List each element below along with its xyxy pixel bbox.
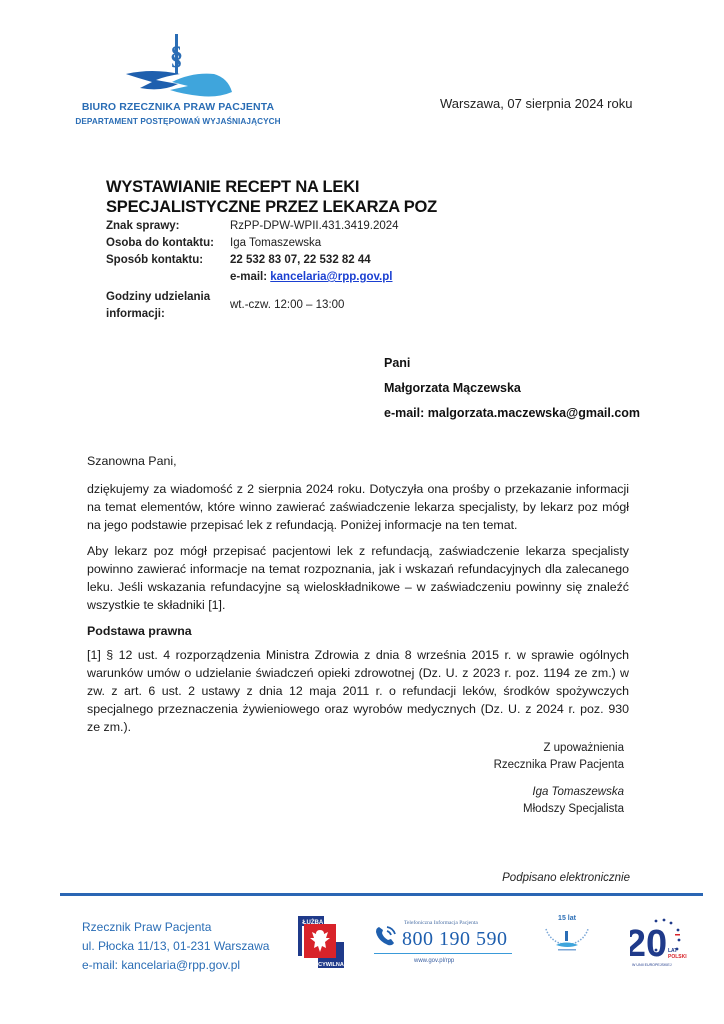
contact-method-row: Sposób kontaktu: 22 532 83 07, 22 532 82… bbox=[106, 252, 399, 286]
hours-label-line-1: Godziny udzielania bbox=[106, 289, 230, 306]
case-number-label: Znak sprawy: bbox=[106, 218, 230, 235]
hours-value: wt.-czw. 12:00 – 13:00 bbox=[230, 289, 344, 323]
civil-service-eagle-icon: SŁUŻBA CYWILNA bbox=[296, 916, 346, 968]
footer-divider bbox=[60, 893, 703, 896]
footer-street: ul. Płocka 11/13, 01-231 Warszawa bbox=[82, 937, 269, 956]
paragraph-hands-logo-icon: § bbox=[122, 32, 234, 100]
org-name: BIURO RZECZNIKA PRAW PACJENTA bbox=[60, 101, 296, 113]
recipient-email: e-mail: malgorzata.maczewska@gmail.com bbox=[384, 406, 640, 431]
signature-block: Z upoważnienia Rzecznika Praw Pacjenta I… bbox=[440, 740, 624, 818]
case-number-value: RzPP-DPW-WPII.431.3419.2024 bbox=[230, 218, 399, 235]
hours-label: Godziny udzielania informacji: bbox=[106, 289, 230, 323]
eu-20-years-icon: 20 LAT POLSKI W UNII EUROPEJSKIEJ bbox=[630, 916, 690, 972]
contact-phones: 22 532 83 07, 22 532 82 44 bbox=[230, 252, 392, 269]
recipient-block: Pani Małgorzata Mączewska e-mail: malgor… bbox=[384, 356, 640, 431]
letter-subject: WYSTAWIANIE RECEPT NA LEKI SPECJALISTYCZ… bbox=[106, 177, 437, 217]
contact-email: e-mail: kancelaria@rpp.gov.pl bbox=[230, 269, 392, 286]
footer-org: Rzecznik Praw Pacjenta bbox=[82, 918, 269, 937]
anniversary-15-text: 15 lat bbox=[540, 915, 594, 922]
org-logo: § BIURO RZECZNIKA PRAW PACJENTA DEPARTAM… bbox=[60, 32, 300, 132]
contact-person-label: Osoba do kontaktu: bbox=[106, 235, 230, 252]
letter-body: Szanowna Pani, dziękujemy za wiadomość z… bbox=[87, 452, 629, 744]
hotline-number: 800 190 590 bbox=[402, 928, 508, 951]
body-paragraph-1: dziękujemy za wiadomość z 2 sierpnia 202… bbox=[87, 480, 629, 534]
signer-name: Iga Tomaszewska bbox=[532, 786, 624, 798]
contact-person-value: Iga Tomaszewska bbox=[230, 235, 321, 252]
svg-text:POLSKI: POLSKI bbox=[668, 954, 687, 960]
signer-position: Młodszy Specjalista bbox=[440, 801, 624, 818]
anniversary-ring-icon bbox=[540, 923, 594, 969]
body-paragraph-2: Aby lekarz poz mógł przepisać pacjentowi… bbox=[87, 542, 629, 614]
contact-person-row: Osoba do kontaktu: Iga Tomaszewska bbox=[106, 235, 399, 252]
footer-address: Rzecznik Praw Pacjenta ul. Płocka 11/13,… bbox=[82, 918, 269, 975]
hotline-url: www.gov.pl/rpp bbox=[414, 958, 454, 964]
contact-email-prefix: e-mail: bbox=[230, 271, 270, 283]
contact-method-label: Sposób kontaktu: bbox=[106, 252, 230, 286]
svg-text:CYWILNA: CYWILNA bbox=[318, 962, 344, 968]
eu-20-years-badge: 20 LAT POLSKI W UNII EUROPEJSKIEJ bbox=[630, 916, 690, 972]
legal-basis-text: [1] § 12 ust. 4 rozporządzenia Ministra … bbox=[87, 646, 629, 736]
subject-line-2: SPECJALISTYCZNE PRZEZ LEKARZA POZ bbox=[106, 197, 437, 217]
subject-line-1: WYSTAWIANIE RECEPT NA LEKI bbox=[106, 177, 437, 197]
recipient-name: Małgorzata Mączewska bbox=[384, 381, 640, 406]
contact-method-value: 22 532 83 07, 22 532 82 44 e-mail: kance… bbox=[230, 252, 392, 286]
hours-label-line-2: informacji: bbox=[106, 306, 230, 323]
recipient-salutation: Pani bbox=[384, 356, 640, 381]
anniversary-15-badge: 15 lat bbox=[540, 915, 594, 969]
svg-text:§: § bbox=[170, 41, 183, 70]
footer-email: e-mail: kancelaria@rpp.gov.pl bbox=[82, 956, 269, 975]
legal-basis-heading: Podstawa prawna bbox=[87, 622, 629, 640]
electronic-signature-note: Podpisano elektronicznie bbox=[440, 872, 630, 884]
place-and-date: Warszawa, 07 sierpnia 2024 roku bbox=[440, 96, 632, 111]
department-name: DEPARTAMENT POSTĘPOWAŃ WYJAŚNIAJĄCYCH bbox=[58, 117, 298, 126]
civil-service-logo: SŁUŻBA CYWILNA bbox=[296, 916, 346, 966]
case-metadata: Znak sprawy: RzPP-DPW-WPII.431.3419.2024… bbox=[106, 218, 399, 323]
patient-hotline: Telefoniczna Informacja Pacjenta 800 190… bbox=[374, 918, 514, 968]
hotline-underline bbox=[374, 953, 512, 954]
hotline-caption: Telefoniczna Informacja Pacjenta bbox=[404, 920, 478, 926]
phone-icon bbox=[374, 924, 398, 948]
svg-text:20: 20 bbox=[630, 923, 667, 965]
svg-text:W UNII EUROPEJSKIEJ: W UNII EUROPEJSKIEJ bbox=[632, 963, 672, 967]
contact-email-link[interactable]: kancelaria@rpp.gov.pl bbox=[270, 271, 392, 283]
case-number-row: Znak sprawy: RzPP-DPW-WPII.431.3419.2024 bbox=[106, 218, 399, 235]
signature-authority-1: Z upoważnienia bbox=[440, 740, 624, 757]
hours-row: Godziny udzielania informacji: wt.-czw. … bbox=[106, 289, 399, 323]
greeting: Szanowna Pani, bbox=[87, 452, 629, 470]
signature-authority-2: Rzecznika Praw Pacjenta bbox=[440, 757, 624, 774]
